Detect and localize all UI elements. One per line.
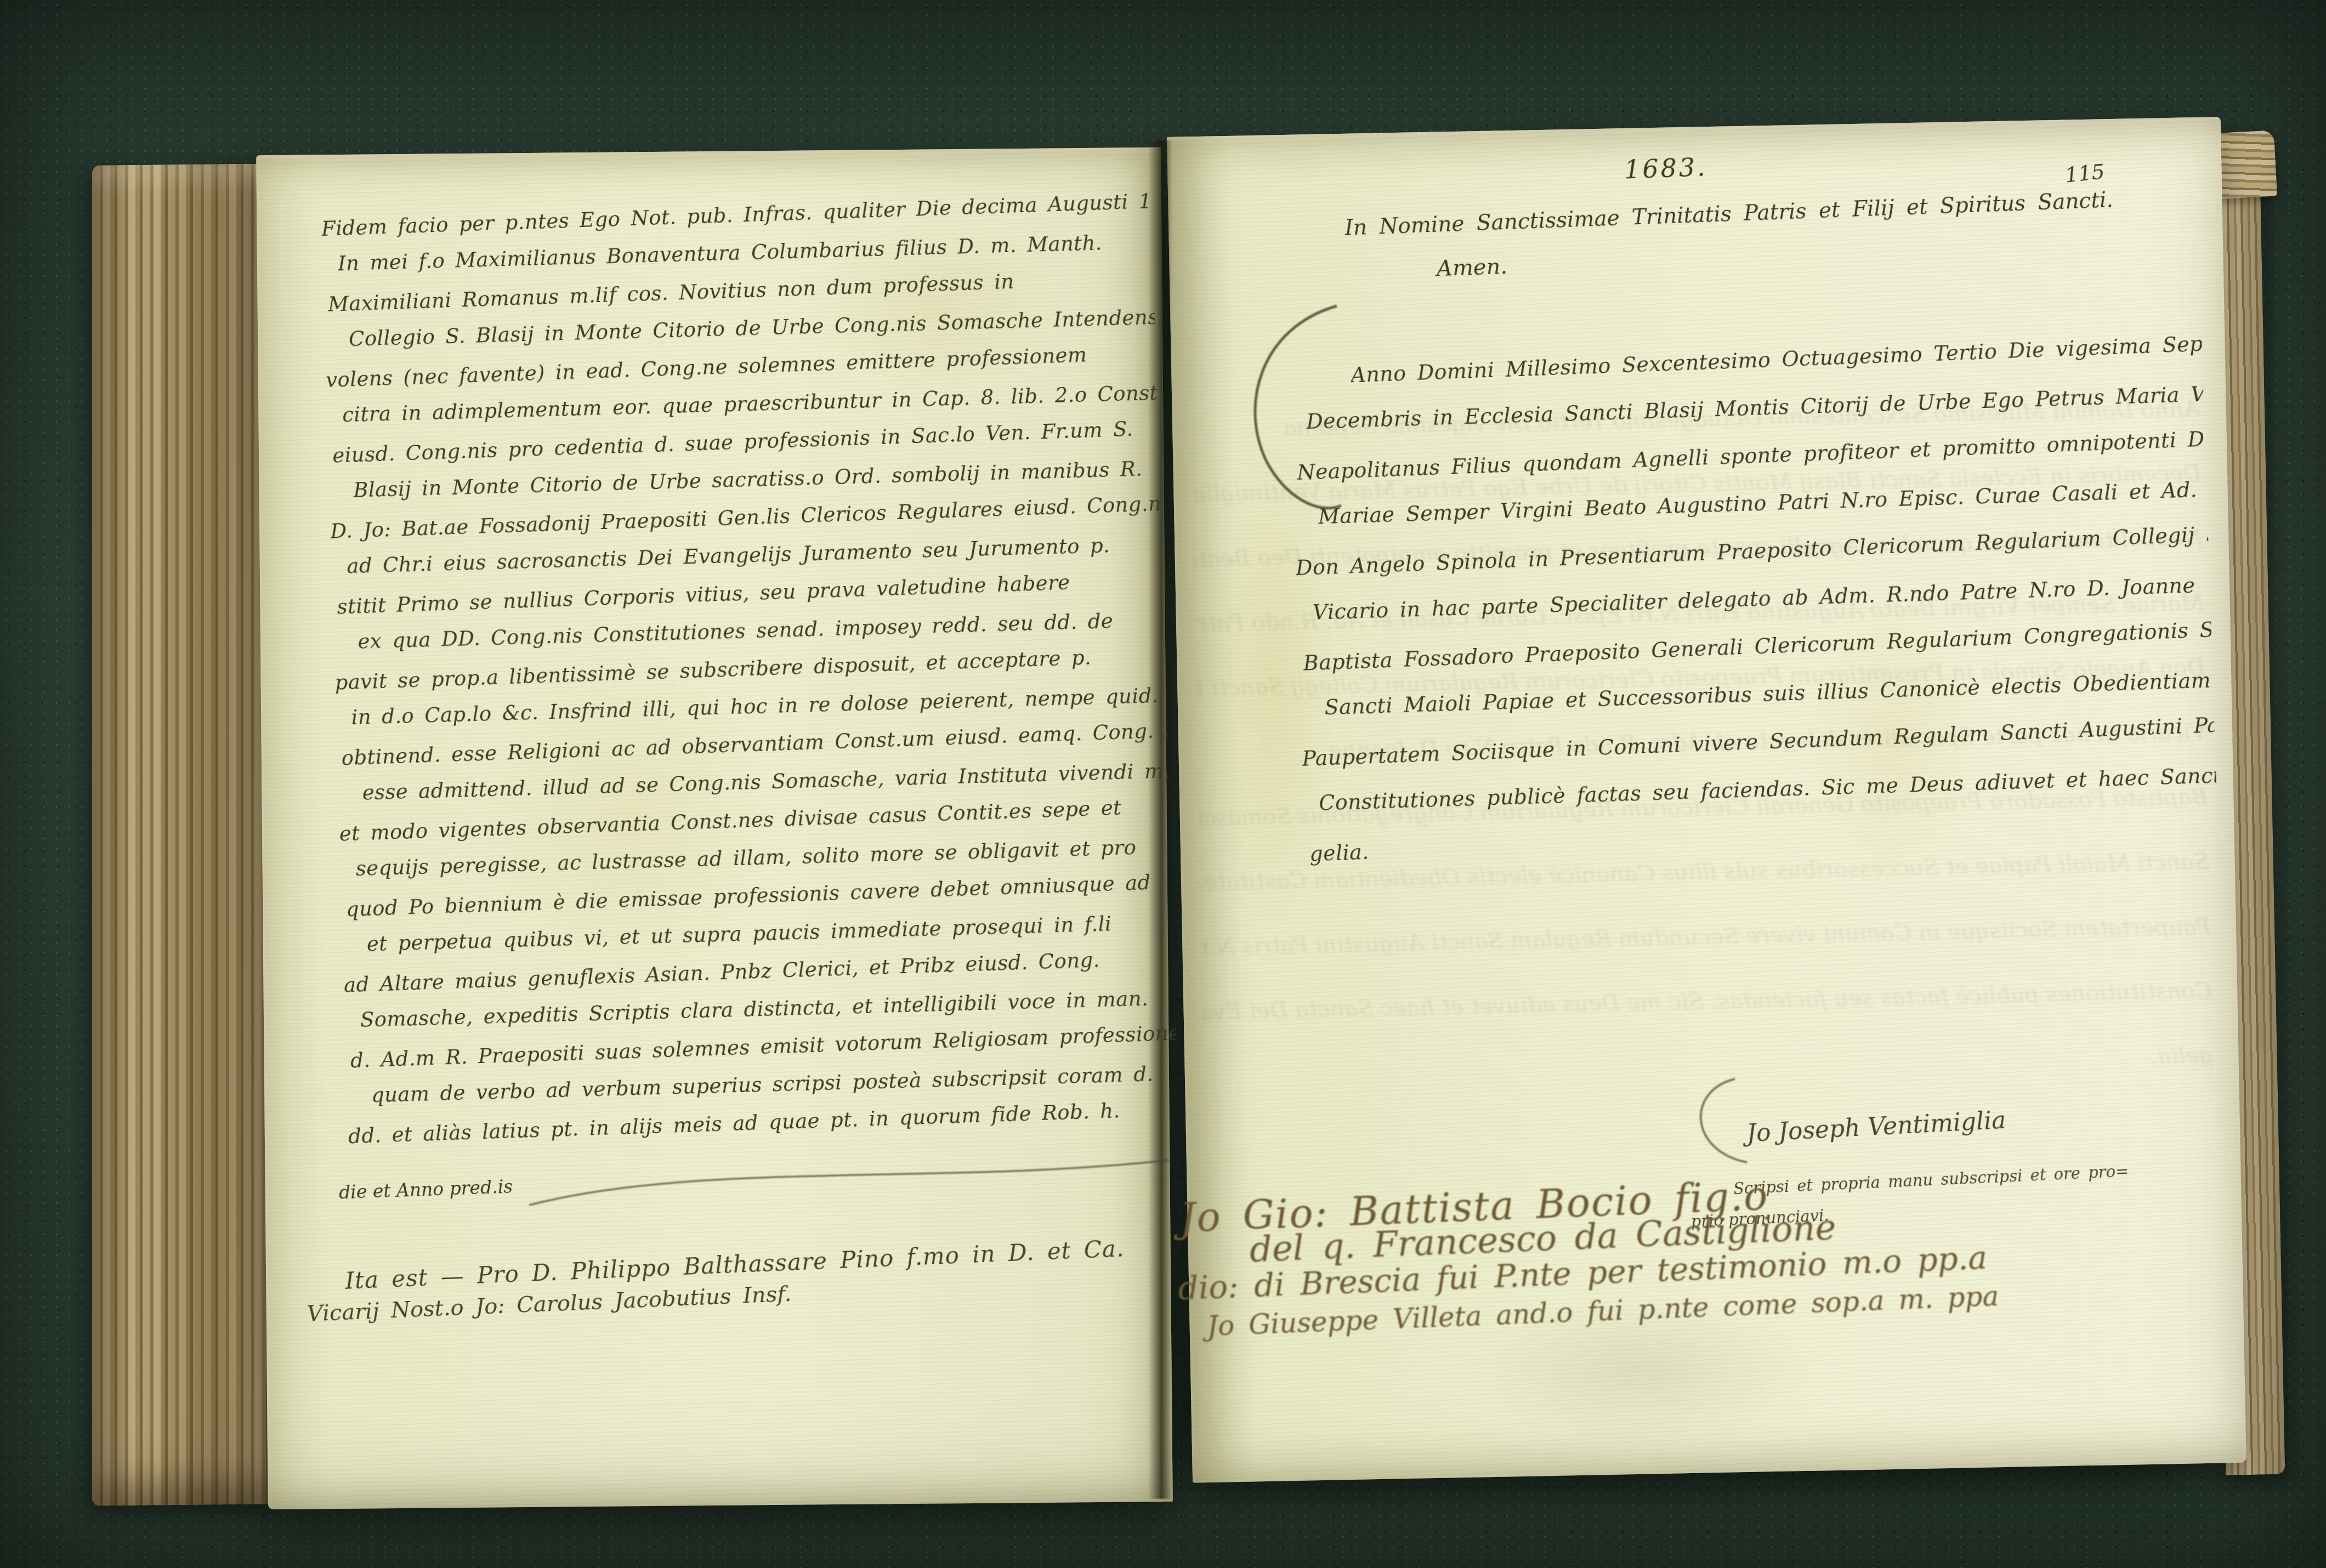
left-page-edge-stack xyxy=(92,163,277,1506)
manuscript-photo: Anno Domini Millesimo Sexcentesimo Octua… xyxy=(0,0,2326,1568)
ink-flourish xyxy=(526,1146,1173,1219)
witness-signatures: Jo Gio: Battista Bocio fig.o del q. Fran… xyxy=(1179,1164,1999,1343)
amen-line: Amen. xyxy=(1436,254,1507,281)
right-page-text-block: Anno Domini Millesimo Sexcentesimo Octua… xyxy=(1289,322,2219,877)
folio-number: 115 xyxy=(2064,159,2106,187)
left-page-text-block: Fidem facio per p.ntes Ego Not. pub. Inf… xyxy=(321,184,1179,1154)
year-heading: 1683. xyxy=(1624,152,1707,184)
